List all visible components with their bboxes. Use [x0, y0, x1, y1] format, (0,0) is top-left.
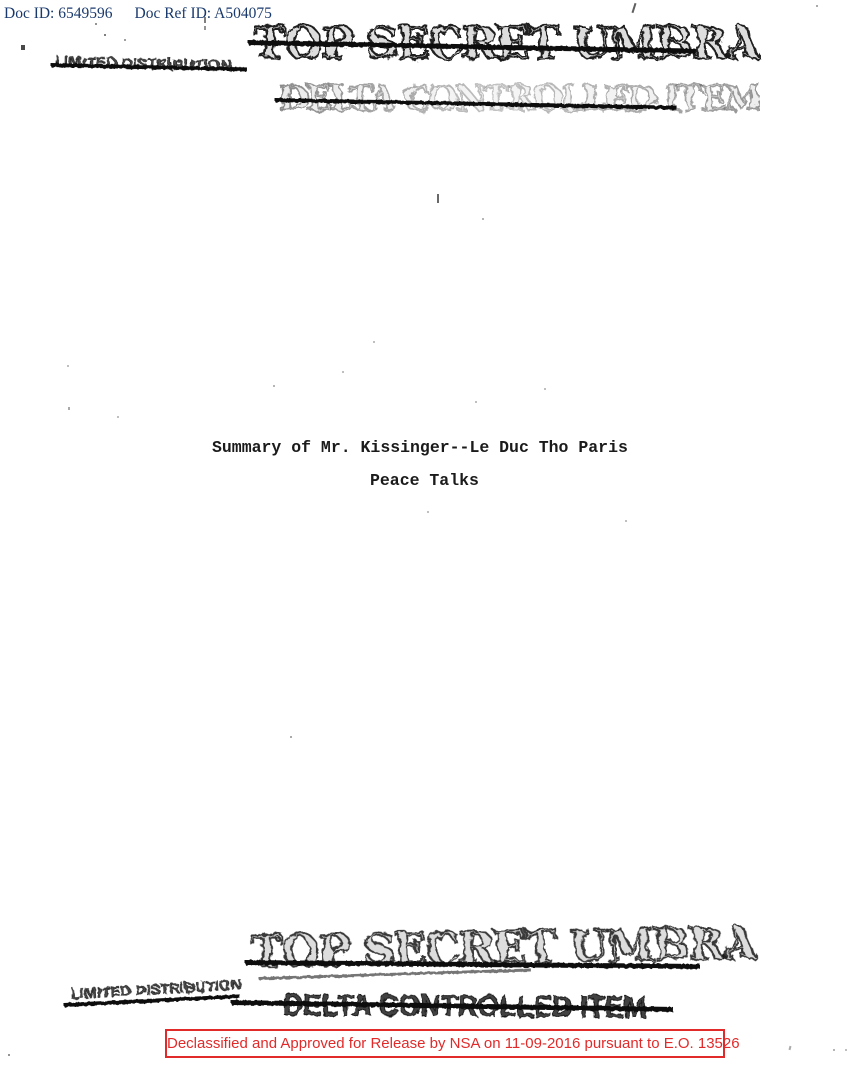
- scan-speck: [373, 341, 375, 343]
- scan-speck: [21, 45, 25, 50]
- title-line-2: Peace Talks: [370, 471, 479, 490]
- scan-speck: [273, 385, 275, 387]
- title-line-1: Summary of Mr. Kissinger--Le Duc Tho Par…: [212, 438, 628, 457]
- scan-speck: [342, 371, 344, 373]
- scan-speck: [204, 17, 206, 23]
- scan-speck: [482, 218, 484, 220]
- scan-speck: [833, 1049, 835, 1051]
- scan-speck: [845, 1049, 847, 1051]
- doc-id: Doc ID: 6549596: [4, 5, 113, 22]
- scan-speck: [204, 26, 206, 30]
- scan-speck: [437, 194, 439, 203]
- scan-speck: [117, 416, 119, 418]
- doc-id-header: Doc ID: 6549596Doc Ref ID: A504075: [4, 5, 272, 23]
- scan-speck: [290, 736, 292, 738]
- scan-speck: [68, 407, 70, 410]
- scan-speck: [544, 388, 546, 390]
- scan-speck: [632, 3, 637, 13]
- scan-speck: [475, 401, 477, 403]
- scan-speck: [124, 39, 126, 41]
- scan-speck: [95, 23, 97, 25]
- scan-speck: [67, 365, 69, 367]
- scan-speck: [816, 5, 818, 7]
- scan-speck: [104, 34, 106, 36]
- scan-speck: [427, 511, 429, 513]
- scan-speck: [8, 1054, 10, 1056]
- scan-speck: [625, 520, 627, 522]
- declassification-banner: Declassified and Approved for Release by…: [165, 1029, 725, 1058]
- scanned-document: { "header": { "doc_id": "Doc ID: 6549596…: [0, 0, 861, 1066]
- scan-speck: [789, 1046, 792, 1050]
